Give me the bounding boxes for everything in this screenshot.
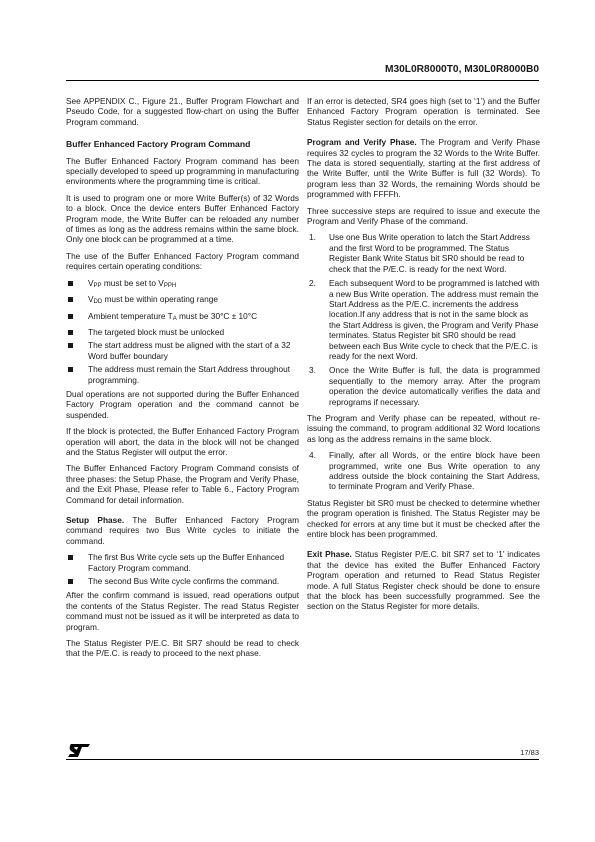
paragraph: If an error is detected, SR4 goes high (… bbox=[307, 96, 540, 127]
paragraph: Status Register bit SR0 must be checked … bbox=[307, 498, 540, 540]
section-heading: Buffer Enhanced Factory Program Command bbox=[66, 139, 299, 149]
paragraph: If the block is protected, the Buffer En… bbox=[66, 426, 299, 457]
paragraph: Dual operations are not supported during… bbox=[66, 389, 299, 420]
paragraph: Three successive steps are required to i… bbox=[307, 206, 540, 227]
list-item: 3.Once the Write Buffer is full, the dat… bbox=[307, 365, 540, 407]
exit-phase-paragraph: Exit Phase. Status Register P/E.C. bit S… bbox=[307, 549, 540, 611]
setup-phase-paragraph: Setup Phase. The Buffer Enhanced Factory… bbox=[66, 515, 299, 546]
program-verify-label: Program and Verify Phase. bbox=[307, 137, 417, 147]
appendix-reference: See APPENDIX C., Figure 21., Buffer Prog… bbox=[66, 96, 299, 127]
left-column: See APPENDIX C., Figure 21., Buffer Prog… bbox=[66, 96, 299, 665]
paragraph: It is used to program one or more Write … bbox=[66, 193, 299, 245]
list-item: 2.Each subsequent Word to be programmed … bbox=[307, 278, 540, 361]
list-item: The address must remain the Start Addres… bbox=[66, 364, 299, 385]
list-item: 1.Use one Bus Write operation to latch t… bbox=[307, 232, 540, 274]
steps-list-continued: 4.Finally, after all Words, or the entir… bbox=[307, 450, 540, 492]
header-divider bbox=[66, 80, 539, 81]
list-item: The first Bus Write cycle sets up the Bu… bbox=[66, 552, 299, 573]
right-column: If an error is detected, SR4 goes high (… bbox=[307, 96, 540, 618]
footer-divider bbox=[66, 759, 539, 760]
list-item: Ambient temperature TA must be 30°C ± 10… bbox=[66, 311, 299, 324]
document-title: M30L0R8000T0, M30L0R8000B0 bbox=[385, 64, 539, 75]
page-number: 17/83 bbox=[520, 748, 539, 757]
conditions-list: VPP must be set to VPPH VDD must be with… bbox=[66, 278, 299, 385]
list-item: VPP must be set to VPPH bbox=[66, 278, 299, 291]
list-item: 4.Finally, after all Words, or the entir… bbox=[307, 450, 540, 492]
paragraph: The Buffer Enhanced Factory Program comm… bbox=[66, 156, 299, 187]
paragraph: The Program and Verify phase can be repe… bbox=[307, 413, 540, 444]
paragraph: The use of the Buffer Enhanced Factory P… bbox=[66, 251, 299, 272]
paragraph: After the confirm command is issued, rea… bbox=[66, 590, 299, 632]
list-item: The second Bus Write cycle confirms the … bbox=[66, 576, 299, 586]
paragraph: The Buffer Enhanced Factory Program Comm… bbox=[66, 463, 299, 505]
setup-list: The first Bus Write cycle sets up the Bu… bbox=[66, 552, 299, 586]
paragraph: The Status Register P/E.C. Bit SR7 shoul… bbox=[66, 638, 299, 659]
program-verify-paragraph: Program and Verify Phase. The Program an… bbox=[307, 137, 540, 199]
list-item: The start address must be aligned with t… bbox=[66, 340, 299, 361]
setup-phase-label: Setup Phase. bbox=[66, 515, 124, 525]
list-item: The targeted block must be unlocked bbox=[66, 327, 299, 337]
list-item: VDD must be within operating range bbox=[66, 294, 299, 307]
exit-phase-label: Exit Phase. bbox=[307, 549, 352, 559]
steps-list: 1.Use one Bus Write operation to latch t… bbox=[307, 232, 540, 407]
